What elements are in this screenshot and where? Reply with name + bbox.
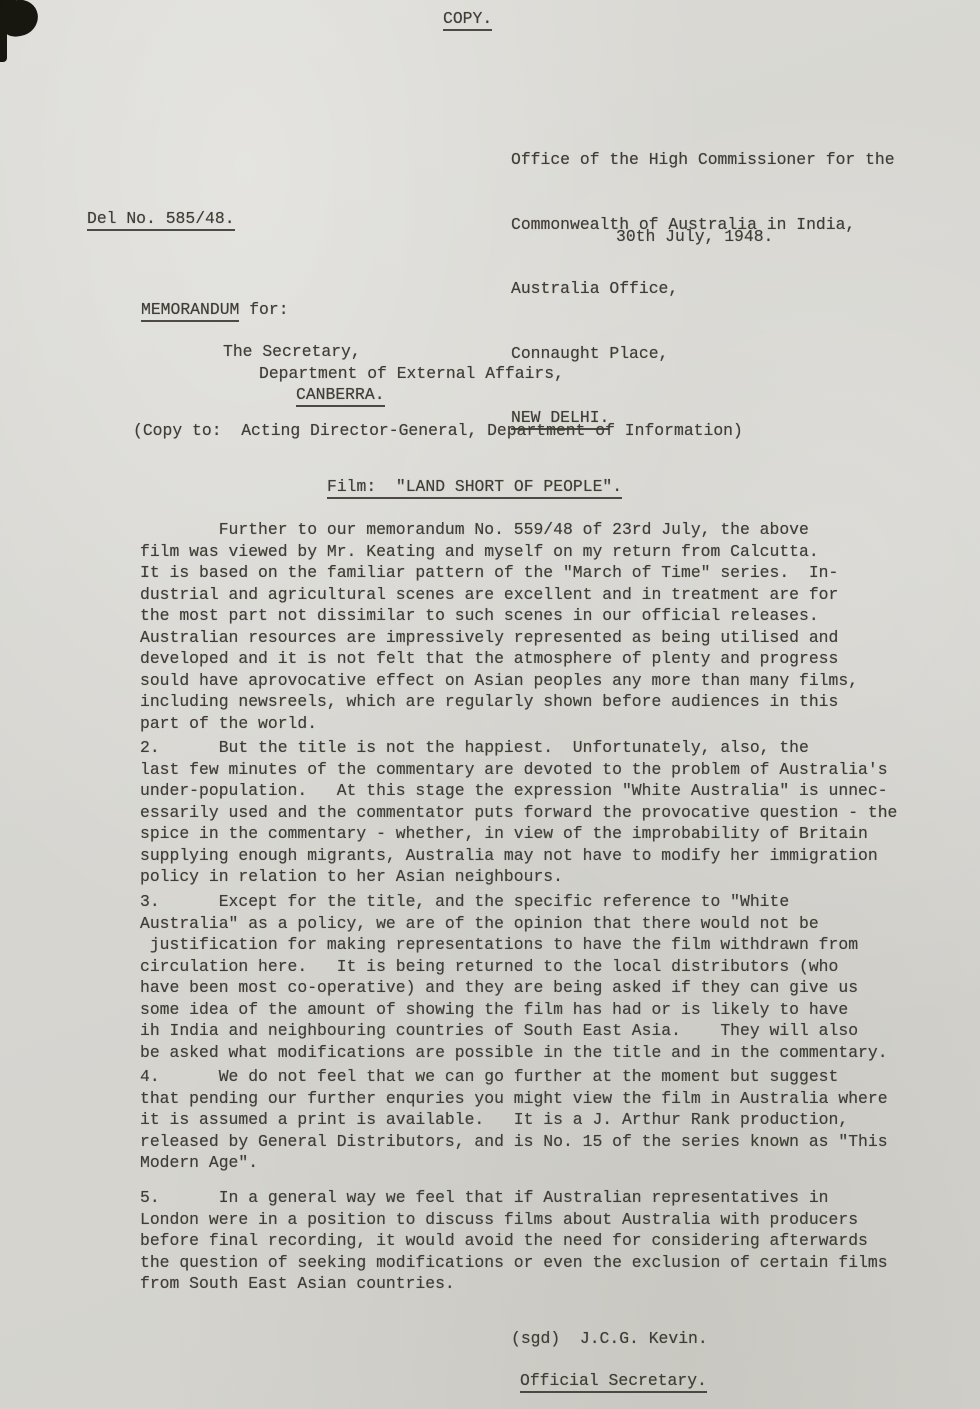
body-paragraph-2: 2. But the title is not the happiest. Un… bbox=[140, 737, 897, 888]
body-paragraph-4: 4. We do not feel that we can go further… bbox=[140, 1066, 888, 1174]
ink-speck bbox=[0, 0, 2, 2]
body-paragraph-5: 5. In a general way we feel that if Aust… bbox=[140, 1187, 888, 1295]
reference-number: Del No. 585/48. bbox=[87, 208, 235, 230]
copy-label: COPY. bbox=[443, 8, 492, 30]
body-paragraph-3: 3. Except for the title, and the specifi… bbox=[140, 891, 888, 1063]
addressee-line: Department of External Affairs, bbox=[259, 363, 564, 385]
document-page: COPY. Office of the High Commissioner fo… bbox=[0, 0, 980, 1409]
addressee-line: The Secretary, bbox=[223, 341, 361, 363]
copy-label-text: COPY. bbox=[443, 9, 492, 31]
memo-heading-rest: for: bbox=[239, 300, 288, 319]
subject-line: Film: "LAND SHORT OF PEOPLE". bbox=[327, 476, 622, 498]
signature-title: Official Secretary. bbox=[520, 1370, 707, 1392]
memo-heading: MEMORANDUM for: bbox=[141, 299, 289, 321]
copy-to-line: (Copy to: Acting Director-General, Depar… bbox=[133, 420, 743, 442]
letterhead-line: Office of the High Commissioner for the bbox=[511, 149, 895, 171]
body-paragraph-1: Further to our memorandum No. 559/48 of … bbox=[140, 519, 858, 734]
memo-heading-underlined: MEMORANDUM bbox=[141, 300, 239, 322]
date: 30th July, 1948. bbox=[616, 226, 773, 248]
addressee-city: CANBERRA. bbox=[296, 384, 385, 406]
letterhead-line: Australia Office, bbox=[511, 278, 895, 300]
letterhead: Office of the High Commissioner for the … bbox=[511, 106, 895, 472]
letterhead-line: Connaught Place, bbox=[511, 343, 895, 365]
signature-line: (sgd) J.C.G. Kevin. bbox=[511, 1328, 708, 1350]
